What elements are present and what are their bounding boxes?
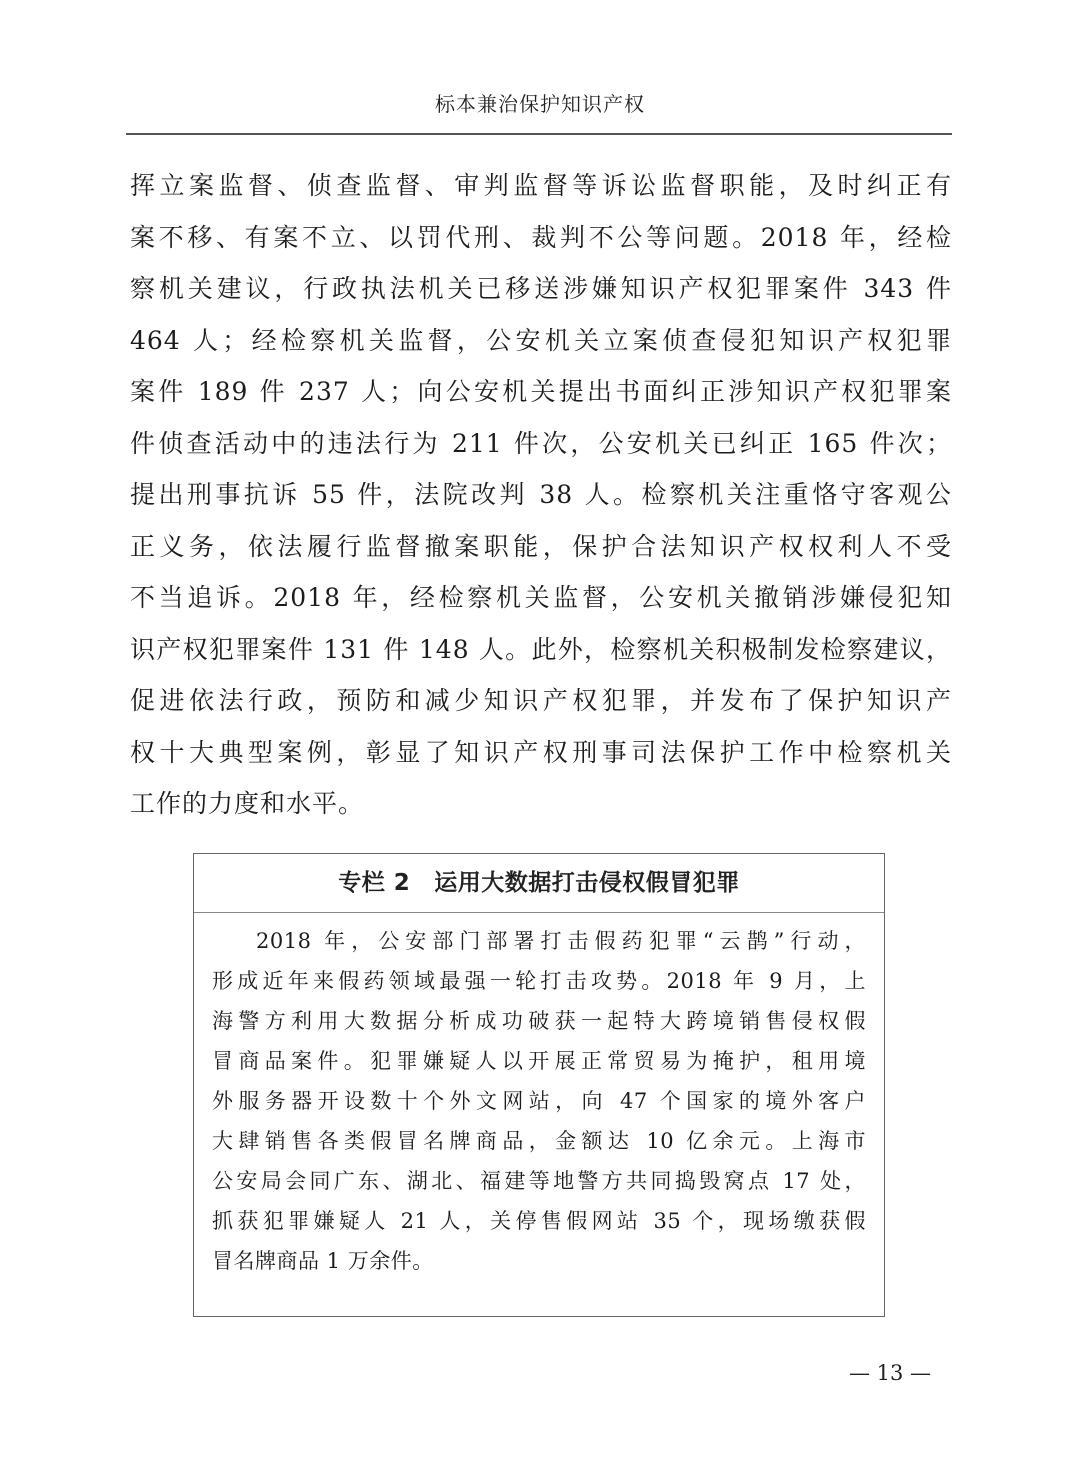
page-number: — 13 — [820,1361,960,1385]
sidebar-box: 专栏 2运用大数据打击侵权假冒犯罪 2018 年，公安部门部署打击假药犯罪“云鹊… [193,853,885,1317]
body-line: 案件 189 件 237 人；向公安机关提出书面纠正涉知识产权犯罪案 [130,366,952,418]
box-line: 抓获犯罪嫌疑人 21 人，关停售假网站 35 个，现场缴获假 [212,1201,866,1241]
body-line: 挥立案监督、侦查监督、审判监督等诉讼监督职能，及时纠正有 [130,160,952,212]
body-line: 促进依法行政，预防和减少知识产权犯罪，并发布了保护知识产 [130,675,952,727]
sidebar-box-title: 专栏 2运用大数据打击侵权假冒犯罪 [194,854,884,913]
header-divider [126,133,952,135]
sidebar-box-heading: 运用大数据打击侵权假冒犯罪 [434,870,740,896]
sidebar-box-label: 专栏 2 [338,870,410,896]
body-line: 件侦查活动中的违法行为 211 件次，公安机关已纠正 165 件次； [130,418,952,470]
box-line: 2018 年，公安部门部署打击假药犯罪“云鹊”行动， [212,921,866,961]
box-line: 公安局会同广东、湖北、福建等地警方共同捣毁窝点 17 处， [212,1161,866,1201]
box-line: 冒名牌商品 1 万余件。 [212,1241,866,1281]
box-line: 海警方利用大数据分析成功破获一起特大跨境销售侵权假 [212,1001,866,1041]
body-paragraph: 挥立案监督、侦查监督、审判监督等诉讼监督职能，及时纠正有 案不移、有案不立、以罚… [130,160,952,830]
body-line: 识产权犯罪案件 131 件 148 人。此外，检察机关积极制发检察建议， [130,624,952,676]
box-line: 形成近年来假药领域最强一轮打击攻势。2018 年 9 月，上 [212,961,866,1001]
body-line: 提出刑事抗诉 55 件，法院改判 38 人。检察机关注重恪守客观公 [130,469,952,521]
body-line: 权十大典型案例，彰显了知识产权刑事司法保护工作中检察机关 [130,727,952,779]
body-line: 察机关建议，行政执法机关已移送涉嫌知识产权犯罪案件 343 件 [130,263,952,315]
box-line: 大肆销售各类假冒名牌商品，金额达 10 亿余元。上海市 [212,1121,866,1161]
body-line: 正义务，依法履行监督撤案职能，保护合法知识产权权利人不受 [130,521,952,573]
running-header: 标本兼治保护知识产权 [128,88,952,117]
body-line: 工作的力度和水平。 [130,778,952,830]
body-line: 464 人；经检察机关监督，公安机关立案侦查侵犯知识产权犯罪 [130,315,952,367]
box-line: 外服务器开设数十个外文网站，向 47 个国家的境外客户 [212,1081,866,1121]
body-line: 案不移、有案不立、以罚代刑、裁判不公等问题。2018 年，经检 [130,212,952,264]
body-line: 不当追诉。2018 年，经检察机关监督，公安机关撤销涉嫌侵犯知 [130,572,952,624]
box-line: 冒商品案件。犯罪嫌疑人以开展正常贸易为掩护，租用境 [212,1041,866,1081]
sidebar-box-body: 2018 年，公安部门部署打击假药犯罪“云鹊”行动， 形成近年来假药领域最强一轮… [194,913,884,1281]
